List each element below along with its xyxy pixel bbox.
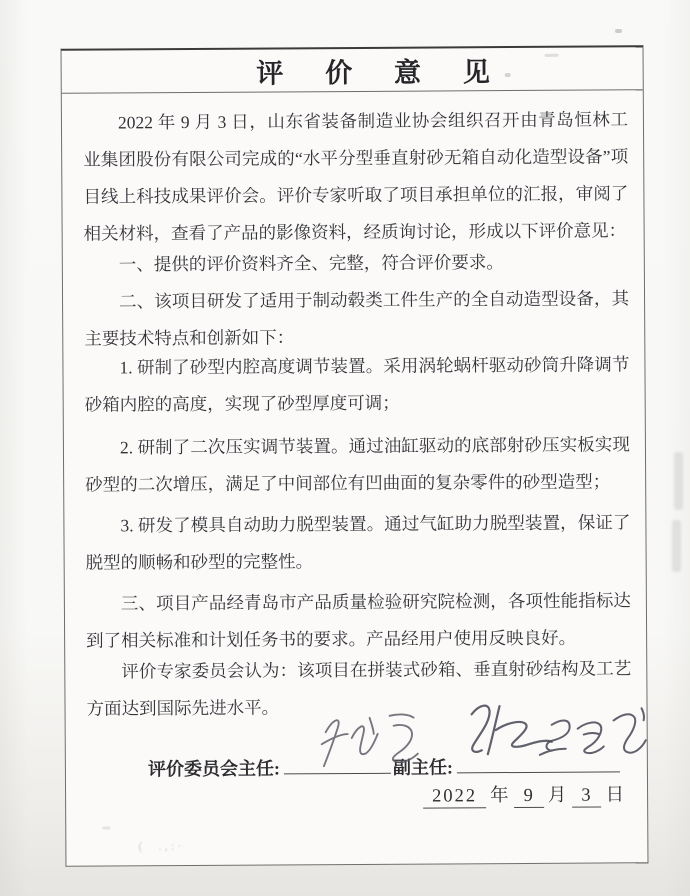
evaluation-opinion-sheet: 评价意见 2022 年 9 月 3 日，山东省装备制造业协会组织召开由青岛恒林工… (61, 45, 649, 867)
paragraph-item-3: 三、项目产品经青岛市产品质量检验研究院检测，各项性能指标达到了相关标准和计划任务… (86, 582, 631, 659)
scan-speck (545, 54, 559, 57)
paragraph-feature-1: 1. 研制了砂型内腔高度调节装置。采用涡轮蜗杆驱动砂筒升降调节砂箱内腔的高度，实… (84, 346, 629, 423)
paragraph-intro: 2022 年 9 月 3 日，山东省装备制造业协会组织召开由青岛恒林工业集团股份… (83, 101, 629, 252)
scan-speck (615, 29, 622, 33)
scan-speck (505, 73, 511, 77)
date-line: 2022年9月3日 (423, 780, 630, 808)
page-title: 评价意见 (214, 49, 531, 90)
scan-smudge: ( .,:· (138, 838, 184, 854)
chair-label: 评价委员会主任: (148, 754, 280, 781)
date-month: 9 (514, 786, 543, 808)
paragraph-conclusion: 评价专家委员会认为：该项目在拼装式砂箱、垂直射砂结构及工艺方面达到国际先进水平。 (86, 650, 631, 727)
date-day-unit: 日 (602, 785, 631, 805)
vice-signature-line (457, 751, 620, 773)
date-year-unit: 年 (486, 786, 515, 806)
vice-chair-label: 副主任: (393, 753, 453, 779)
date-year: 2022 (423, 786, 486, 808)
page-bleed-mark (672, 520, 681, 572)
scan-speck (102, 826, 110, 829)
chair-signature-line (284, 753, 391, 775)
signature-row: 评价委员会主任: 副主任: (66, 751, 647, 782)
date-day: 3 (572, 785, 601, 807)
page-bleed-mark (674, 452, 683, 510)
paragraph-feature-3: 3. 研发了模具自动助力脱型装置。通过气缸助力脱型装置，保证了脱型的顺畅和砂型的… (85, 504, 630, 581)
paragraph-feature-2: 2. 研制了二次压实调节装置。通过油缸驱动的底部射砂压实板实现砂型的二次增压，满… (85, 426, 630, 503)
scanned-page-background: 评价意见 2022 年 9 月 3 日，山东省装备制造业协会组织召开由青岛恒林工… (0, 0, 690, 896)
document-body: 2022 年 9 月 3 日，山东省装备制造业协会组织召开由青岛恒林工业集团股份… (62, 90, 647, 728)
date-month-unit: 月 (544, 786, 573, 806)
